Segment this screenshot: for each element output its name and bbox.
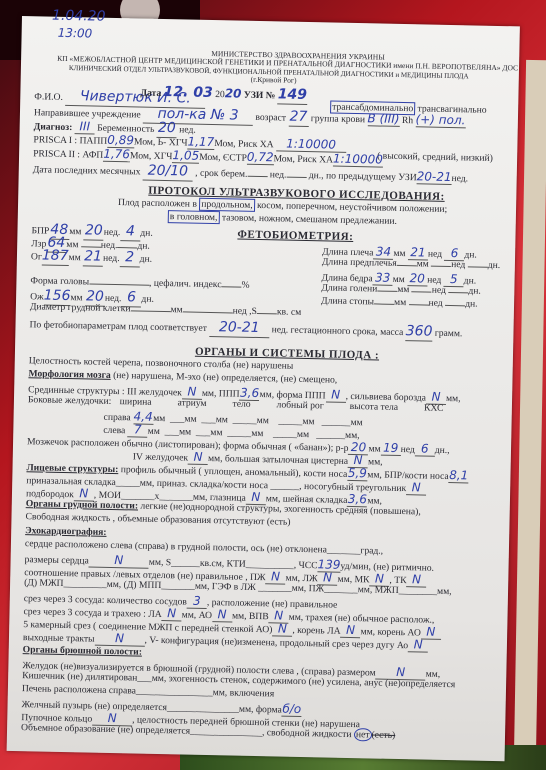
prev-us-label: по предыдущему УЗИ [326, 170, 417, 183]
prisca1-levels: ( высокий, средний, низкий) [377, 151, 493, 164]
estr-label: Мом, ЄСТР [199, 152, 247, 164]
chest-label: Диаметр грудной клетки [30, 301, 131, 314]
conclusion-row: По фетобиопараметрам плод соответствует … [29, 316, 462, 342]
abdominal-title: Органы брюшной полости: [23, 645, 142, 658]
fetometry-mm-field[interactable] [374, 303, 394, 304]
uzi-label: УЗИ № [244, 90, 276, 102]
chest-unit: мм [170, 304, 182, 315]
ao-label: мм, АО [182, 609, 213, 621]
echocardiography-title: Эхокардиография: [25, 526, 107, 538]
lmp-label: Дата последних месячных [33, 164, 141, 177]
diagnosis-label: Диагноз: [34, 121, 73, 133]
age-label: возраст [255, 112, 286, 124]
fetometry-mm-field[interactable]: 187 [42, 248, 69, 265]
presentation-selected[interactable]: в головном, [168, 210, 220, 224]
prisca1-label: PRISCA I : ПАПП [33, 134, 107, 147]
fio-label: Ф.И.О. [34, 91, 63, 103]
gestational-term-field[interactable]: 20-21 [209, 320, 269, 338]
outflow-label: выходные тракты [23, 632, 95, 644]
fetometry-label: Длина стопы [321, 295, 374, 307]
fetometry-days-field[interactable]: 2 [119, 250, 139, 267]
blood-label: группа крови [311, 113, 365, 125]
percent: % [241, 280, 249, 291]
left-label: слева [103, 425, 125, 436]
lateral-label: Боковые желудочки: [28, 394, 112, 407]
date-field[interactable]: 12. 03 [163, 84, 212, 101]
term-days-unit: дн., [309, 170, 324, 181]
mom-unit: Мом, [134, 136, 156, 147]
ultrasound-protocol-form: 1.04.20 13:00 МИНИСТЕРСТВО ЗДРАВООХРАНЕН… [7, 16, 520, 761]
term-label: , срок берем. [195, 168, 247, 180]
fetometry-weeks-field[interactable] [412, 291, 432, 292]
conclusion-mid: нед. гестационного срока, масса [272, 324, 404, 338]
right-label: справа [103, 412, 130, 424]
fetometry-title: ФЕТОБИОМЕТРИЯ: [237, 229, 353, 244]
cephalic-label: , цефалич. индекс [149, 278, 222, 291]
rh-field[interactable]: (+) пол. [415, 113, 465, 128]
fetometry-mm-field[interactable] [377, 291, 397, 292]
outflow-field[interactable]: N [94, 632, 144, 647]
lateral-column-header: лобный рог [276, 399, 323, 411]
fetometry-label: Длина голени [321, 282, 377, 294]
lateral-column-header: тело [232, 398, 250, 409]
bpr-nasal-field[interactable]: 8,1 [449, 469, 469, 484]
brain-text: (не) нарушена, М-эхо (не) определяется, … [113, 370, 337, 386]
mm-unit: мм, [446, 393, 461, 404]
hcg-field[interactable]: 1,05 [172, 149, 199, 164]
lateral-column-header: атриум [177, 397, 206, 409]
handwritten-time: 13:00 [58, 27, 93, 41]
rh-label: Rh [402, 115, 413, 126]
risk2-label: Мом, Риск ХА [273, 153, 333, 165]
fetometry-days-field[interactable] [445, 305, 465, 306]
fetometry-right-row-4: Длина стопымм нед дн. [321, 296, 478, 310]
underlying-paper [514, 60, 546, 760]
prev-us-field[interactable]: 20-21 [417, 170, 452, 185]
fetometry-days-field[interactable] [448, 292, 468, 293]
chest-area: кв. см [277, 306, 302, 318]
fetometry-weeks-field[interactable]: 21 [83, 249, 103, 266]
risk-label: Мом, Риск ХА [214, 138, 274, 150]
fetometry-days-field[interactable] [117, 247, 137, 248]
head-shape-label: Форма головы [30, 275, 89, 287]
hcg-label: Мом, ХГЧ [130, 150, 173, 162]
estr-field[interactable]: 0,72 [247, 151, 274, 166]
date-row: Дата 12. 03 2020 УЗИ № 149 [140, 84, 307, 104]
age-field[interactable]: 27 [288, 110, 308, 127]
mass-field[interactable]: 360 [406, 324, 433, 341]
lateral-column-header: ширина [120, 396, 152, 408]
prev-us-unit: нед. [451, 173, 468, 184]
fluid-yes-option[interactable]: (есть) [371, 729, 395, 740]
date-label: Дата [140, 87, 161, 98]
chest-weeks: нед ,S [233, 305, 258, 317]
prisca2-label: PRISCA II : АФП [33, 148, 103, 160]
position-selected[interactable]: продольном, [199, 198, 255, 212]
lateral-column-header: высота тела [350, 401, 399, 413]
conclusion-label: По фетобиопараметрам плод соответствует [29, 319, 207, 334]
v-configuration-text: , V- конфигурация (не)изменена, продольн… [144, 635, 408, 652]
cerebellum-days-field[interactable]: 6 [415, 442, 435, 457]
lmp-row: Дата последних месячных 20/10 , срок бер… [33, 161, 469, 187]
position-prefix: Плод расположен в [118, 197, 197, 210]
lateral-column-header: КХС [424, 403, 444, 414]
presentation-row: в головном, тазовом, ножном, смешаном пр… [168, 212, 397, 228]
bhcg-label: Ь- ХГЧ [158, 137, 188, 149]
handwritten-date: 1.04.20 [52, 9, 106, 26]
uzi-number[interactable]: 149 [278, 87, 308, 104]
vpv-label: мм, ВПВ [232, 611, 269, 623]
nasolabial-field[interactable]: N [406, 481, 426, 496]
afp-field[interactable]: 1,76 [103, 148, 130, 163]
fetometry-days-field[interactable] [468, 266, 488, 267]
fetometry-weeks-field[interactable] [431, 266, 451, 267]
risk-level-options[interactable]: ( высокий, средний, низкий) [377, 150, 493, 163]
chest-organs-title: Органы грудной полости: [26, 498, 139, 511]
brain-title: Морфология мозга [28, 368, 110, 381]
presentation-options: тазовом, ножном, смешаном предлежании. [222, 212, 397, 227]
fetometry-weeks-field[interactable] [409, 304, 429, 305]
risk2-field[interactable]: 1:10000 [333, 153, 383, 168]
fetometry-label: Ог [31, 251, 42, 262]
term-weeks-unit: нед. [270, 169, 287, 180]
aortic-arch-field[interactable]: N [408, 638, 428, 653]
year-field[interactable]: 20 [225, 86, 242, 100]
cerebellum-weeks-field[interactable]: 19 [381, 442, 401, 457]
fluid-no-option[interactable]: нет [354, 728, 372, 741]
blood-field[interactable]: B (III) [367, 112, 399, 127]
mass-unit: грамм. [435, 328, 463, 340]
fetometry-row-2: Ог187мм 21нед.2дн. [31, 248, 152, 267]
fetometry-mm-field[interactable] [397, 265, 417, 266]
fetometry-label: Длина предплечья [322, 256, 397, 269]
lmp-field[interactable]: 20/10 [143, 164, 193, 182]
